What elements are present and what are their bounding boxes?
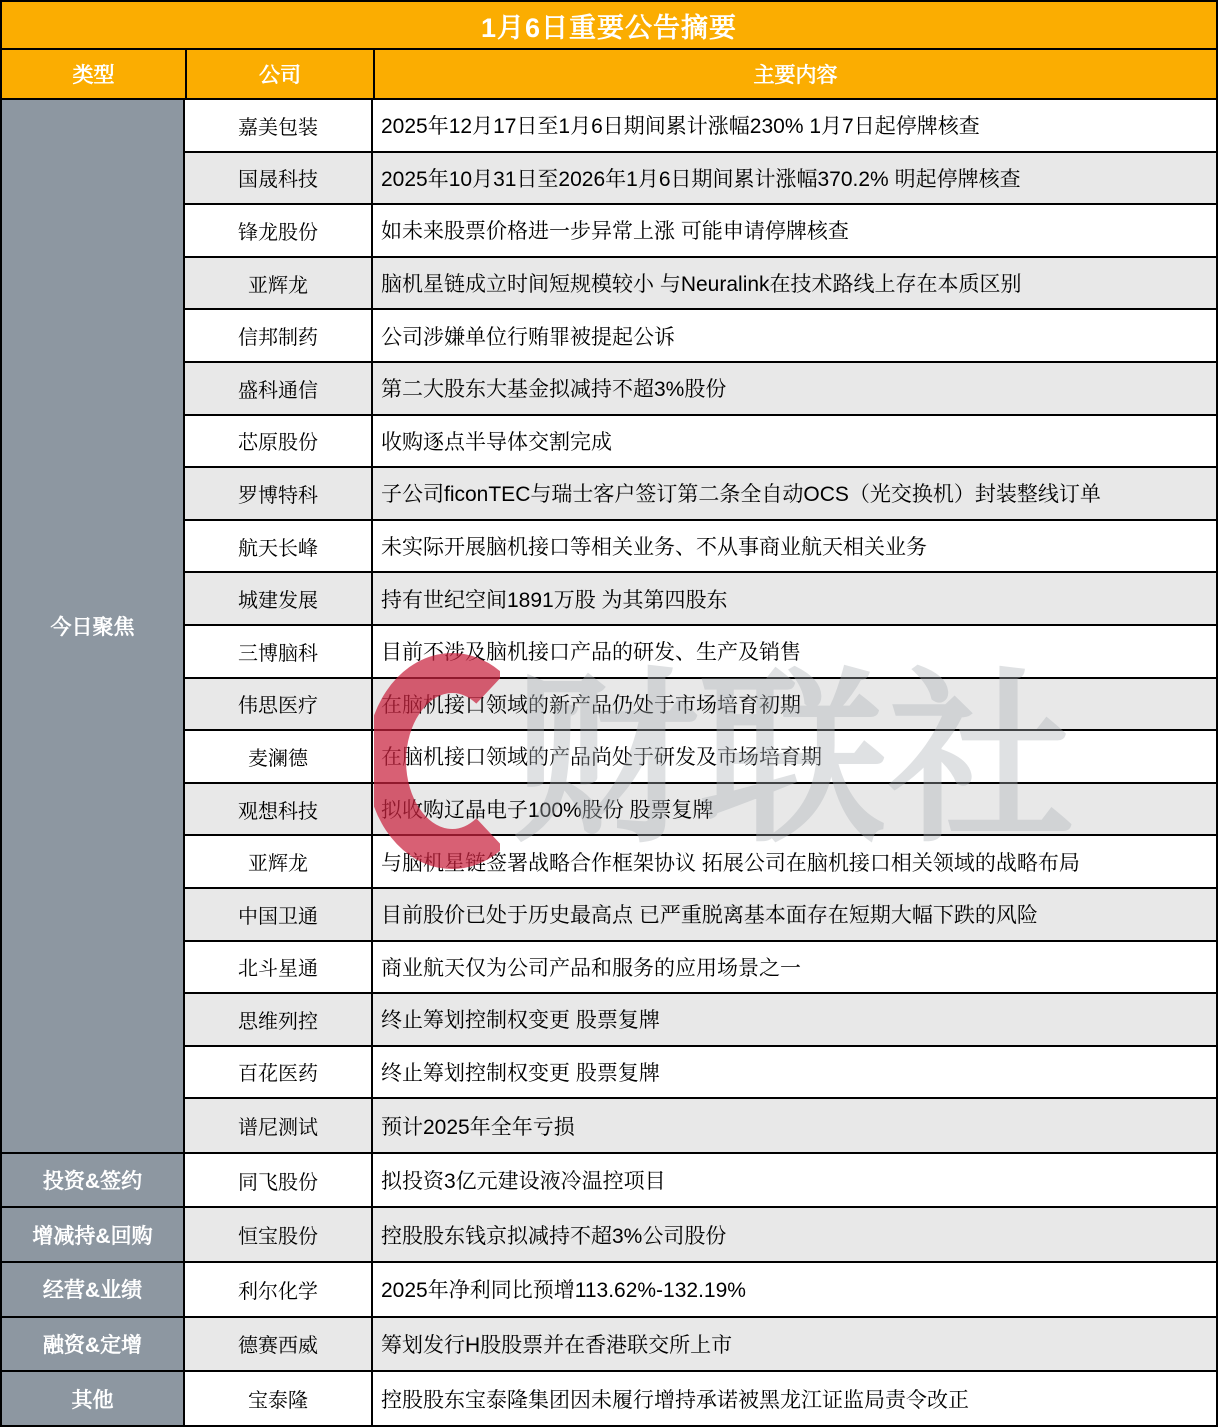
content-cell: 目前股价已处于历史最高点 已严重脱离基本面存在短期大幅下跌的风险 bbox=[373, 889, 1216, 940]
company-cell: 恒宝股份 bbox=[185, 1208, 373, 1261]
table-row: 嘉美包装2025年12月17日至1月6日期间累计涨幅230% 1月7日起停牌核查 bbox=[185, 100, 1216, 153]
announcement-table: 1月6日重要公告摘要 类型 公司 主要内容 今日聚焦嘉美包装2025年12月17… bbox=[0, 0, 1218, 1427]
section-rows: 利尔化学2025年净利同比预增113.62%-132.19% bbox=[185, 1263, 1216, 1316]
company-cell: 亚辉龙 bbox=[185, 836, 373, 887]
content-cell: 在脑机接口领域的产品尚处于研发及市场培育期 bbox=[373, 731, 1216, 782]
category-cell: 融资&定增 bbox=[2, 1318, 185, 1371]
content-cell: 2025年净利同比预增113.62%-132.19% bbox=[373, 1263, 1216, 1316]
company-cell: 亚辉龙 bbox=[185, 258, 373, 309]
table-row: 锋龙股份如未来股票价格进一步异常上涨 可能申请停牌核查 bbox=[185, 205, 1216, 258]
table-row: 罗博特科子公司ficonTEC与瑞士客户签订第二条全自动OCS（光交换机）封装整… bbox=[185, 468, 1216, 521]
header-cell-type: 类型 bbox=[2, 50, 187, 98]
announcement-section: 经营&业绩利尔化学2025年净利同比预增113.62%-132.19% bbox=[2, 1263, 1216, 1318]
content-cell: 目前不涉及脑机接口产品的研发、生产及销售 bbox=[373, 626, 1216, 677]
category-cell: 增减持&回购 bbox=[2, 1208, 185, 1261]
table-row: 中国卫通目前股价已处于历史最高点 已严重脱离基本面存在短期大幅下跌的风险 bbox=[185, 889, 1216, 942]
content-cell: 终止筹划控制权变更 股票复牌 bbox=[373, 1047, 1216, 1098]
content-cell: 在脑机接口领域的新产品仍处于市场培育初期 bbox=[373, 679, 1216, 730]
company-cell: 谱尼测试 bbox=[185, 1099, 373, 1152]
content-cell: 拟收购辽晶电子100%股份 股票复牌 bbox=[373, 784, 1216, 835]
table-row: 亚辉龙脑机星链成立时间短规模较小 与Neuralink在技术路线上存在本质区别 bbox=[185, 258, 1216, 311]
category-cell: 其他 bbox=[2, 1372, 185, 1425]
table-row: 利尔化学2025年净利同比预增113.62%-132.19% bbox=[185, 1263, 1216, 1316]
company-cell: 信邦制药 bbox=[185, 310, 373, 361]
section-rows: 德赛西威筹划发行H股股票并在香港联交所上市 bbox=[185, 1318, 1216, 1371]
category-cell: 今日聚焦 bbox=[2, 100, 185, 1152]
category-cell: 经营&业绩 bbox=[2, 1263, 185, 1316]
table-row: 国晟科技2025年10月31日至2026年1月6日期间累计涨幅370.2% 明起… bbox=[185, 153, 1216, 206]
announcement-section: 其他宝泰隆控股股东宝泰隆集团因未履行增持承诺被黑龙江证监局责令改正 bbox=[2, 1372, 1216, 1425]
company-cell: 盛科通信 bbox=[185, 363, 373, 414]
announcement-section: 增减持&回购恒宝股份控股股东钱京拟减持不超3%公司股份 bbox=[2, 1208, 1216, 1263]
content-cell: 筹划发行H股股票并在香港联交所上市 bbox=[373, 1318, 1216, 1371]
table-row: 城建发展持有世纪空间1891万股 为其第四股东 bbox=[185, 573, 1216, 626]
company-cell: 罗博特科 bbox=[185, 468, 373, 519]
table-row: 亚辉龙与脑机星链签署战略合作框架协议 拓展公司在脑机接口相关领域的战略布局 bbox=[185, 836, 1216, 889]
content-cell: 商业航天仅为公司产品和服务的应用场景之一 bbox=[373, 942, 1216, 993]
content-cell: 如未来股票价格进一步异常上涨 可能申请停牌核查 bbox=[373, 205, 1216, 256]
table-row: 宝泰隆控股股东宝泰隆集团因未履行增持承诺被黑龙江证监局责令改正 bbox=[185, 1372, 1216, 1425]
table-row: 北斗星通商业航天仅为公司产品和服务的应用场景之一 bbox=[185, 942, 1216, 995]
company-cell: 国晟科技 bbox=[185, 153, 373, 204]
company-cell: 百花医药 bbox=[185, 1047, 373, 1098]
content-cell: 控股股东宝泰隆集团因未履行增持承诺被黑龙江证监局责令改正 bbox=[373, 1372, 1216, 1425]
company-cell: 麦澜德 bbox=[185, 731, 373, 782]
company-cell: 锋龙股份 bbox=[185, 205, 373, 256]
company-cell: 观想科技 bbox=[185, 784, 373, 835]
content-cell: 收购逐点半导体交割完成 bbox=[373, 416, 1216, 467]
table-row: 思维列控终止筹划控制权变更 股票复牌 bbox=[185, 994, 1216, 1047]
company-cell: 航天长峰 bbox=[185, 521, 373, 572]
company-cell: 伟思医疗 bbox=[185, 679, 373, 730]
table-row: 观想科技拟收购辽晶电子100%股份 股票复牌 bbox=[185, 784, 1216, 837]
header-cell-company: 公司 bbox=[187, 50, 375, 98]
content-cell: 2025年12月17日至1月6日期间累计涨幅230% 1月7日起停牌核查 bbox=[373, 100, 1216, 151]
company-cell: 北斗星通 bbox=[185, 942, 373, 993]
content-cell: 拟投资3亿元建设液冷温控项目 bbox=[373, 1154, 1216, 1207]
section-rows: 宝泰隆控股股东宝泰隆集团因未履行增持承诺被黑龙江证监局责令改正 bbox=[185, 1372, 1216, 1425]
table-row: 信邦制药公司涉嫌单位行贿罪被提起公诉 bbox=[185, 310, 1216, 363]
content-cell: 控股股东钱京拟减持不超3%公司股份 bbox=[373, 1208, 1216, 1261]
content-cell: 2025年10月31日至2026年1月6日期间累计涨幅370.2% 明起停牌核查 bbox=[373, 153, 1216, 204]
table-row: 盛科通信第二大股东大基金拟减持不超3%股份 bbox=[185, 363, 1216, 416]
table-row: 伟思医疗在脑机接口领域的新产品仍处于市场培育初期 bbox=[185, 679, 1216, 732]
content-cell: 公司涉嫌单位行贿罪被提起公诉 bbox=[373, 310, 1216, 361]
company-cell: 利尔化学 bbox=[185, 1263, 373, 1316]
content-cell: 与脑机星链签署战略合作框架协议 拓展公司在脑机接口相关领域的战略布局 bbox=[373, 836, 1216, 887]
company-cell: 城建发展 bbox=[185, 573, 373, 624]
table-row: 德赛西威筹划发行H股股票并在香港联交所上市 bbox=[185, 1318, 1216, 1371]
table-header-row: 类型 公司 主要内容 bbox=[2, 50, 1216, 100]
content-cell: 预计2025年全年亏损 bbox=[373, 1099, 1216, 1152]
company-cell: 嘉美包装 bbox=[185, 100, 373, 151]
content-cell: 持有世纪空间1891万股 为其第四股东 bbox=[373, 573, 1216, 624]
content-cell: 未实际开展脑机接口等相关业务、不从事商业航天相关业务 bbox=[373, 521, 1216, 572]
content-cell: 终止筹划控制权变更 股票复牌 bbox=[373, 994, 1216, 1045]
company-cell: 芯原股份 bbox=[185, 416, 373, 467]
company-cell: 同飞股份 bbox=[185, 1154, 373, 1207]
announcement-section: 融资&定增德赛西威筹划发行H股股票并在香港联交所上市 bbox=[2, 1318, 1216, 1373]
table-row: 同飞股份拟投资3亿元建设液冷温控项目 bbox=[185, 1154, 1216, 1207]
table-row: 麦澜德在脑机接口领域的产品尚处于研发及市场培育期 bbox=[185, 731, 1216, 784]
company-cell: 三博脑科 bbox=[185, 626, 373, 677]
table-row: 谱尼测试预计2025年全年亏损 bbox=[185, 1099, 1216, 1152]
table-row: 百花医药终止筹划控制权变更 股票复牌 bbox=[185, 1047, 1216, 1100]
section-rows: 嘉美包装2025年12月17日至1月6日期间累计涨幅230% 1月7日起停牌核查… bbox=[185, 100, 1216, 1152]
table-body: 今日聚焦嘉美包装2025年12月17日至1月6日期间累计涨幅230% 1月7日起… bbox=[2, 100, 1216, 1425]
section-rows: 同飞股份拟投资3亿元建设液冷温控项目 bbox=[185, 1154, 1216, 1207]
content-cell: 子公司ficonTEC与瑞士客户签订第二条全自动OCS（光交换机）封装整线订单 bbox=[373, 468, 1216, 519]
announcement-section: 今日聚焦嘉美包装2025年12月17日至1月6日期间累计涨幅230% 1月7日起… bbox=[2, 100, 1216, 1154]
content-cell: 第二大股东大基金拟减持不超3%股份 bbox=[373, 363, 1216, 414]
table-row: 三博脑科目前不涉及脑机接口产品的研发、生产及销售 bbox=[185, 626, 1216, 679]
page-title: 1月6日重要公告摘要 bbox=[2, 2, 1216, 50]
company-cell: 中国卫通 bbox=[185, 889, 373, 940]
company-cell: 德赛西威 bbox=[185, 1318, 373, 1371]
table-row: 航天长峰未实际开展脑机接口等相关业务、不从事商业航天相关业务 bbox=[185, 521, 1216, 574]
company-cell: 宝泰隆 bbox=[185, 1372, 373, 1425]
section-rows: 恒宝股份控股股东钱京拟减持不超3%公司股份 bbox=[185, 1208, 1216, 1261]
company-cell: 思维列控 bbox=[185, 994, 373, 1045]
category-cell: 投资&签约 bbox=[2, 1154, 185, 1207]
table-row: 芯原股份收购逐点半导体交割完成 bbox=[185, 416, 1216, 469]
announcement-section: 投资&签约同飞股份拟投资3亿元建设液冷温控项目 bbox=[2, 1154, 1216, 1209]
content-cell: 脑机星链成立时间短规模较小 与Neuralink在技术路线上存在本质区别 bbox=[373, 258, 1216, 309]
header-cell-content: 主要内容 bbox=[375, 50, 1216, 98]
table-row: 恒宝股份控股股东钱京拟减持不超3%公司股份 bbox=[185, 1208, 1216, 1261]
